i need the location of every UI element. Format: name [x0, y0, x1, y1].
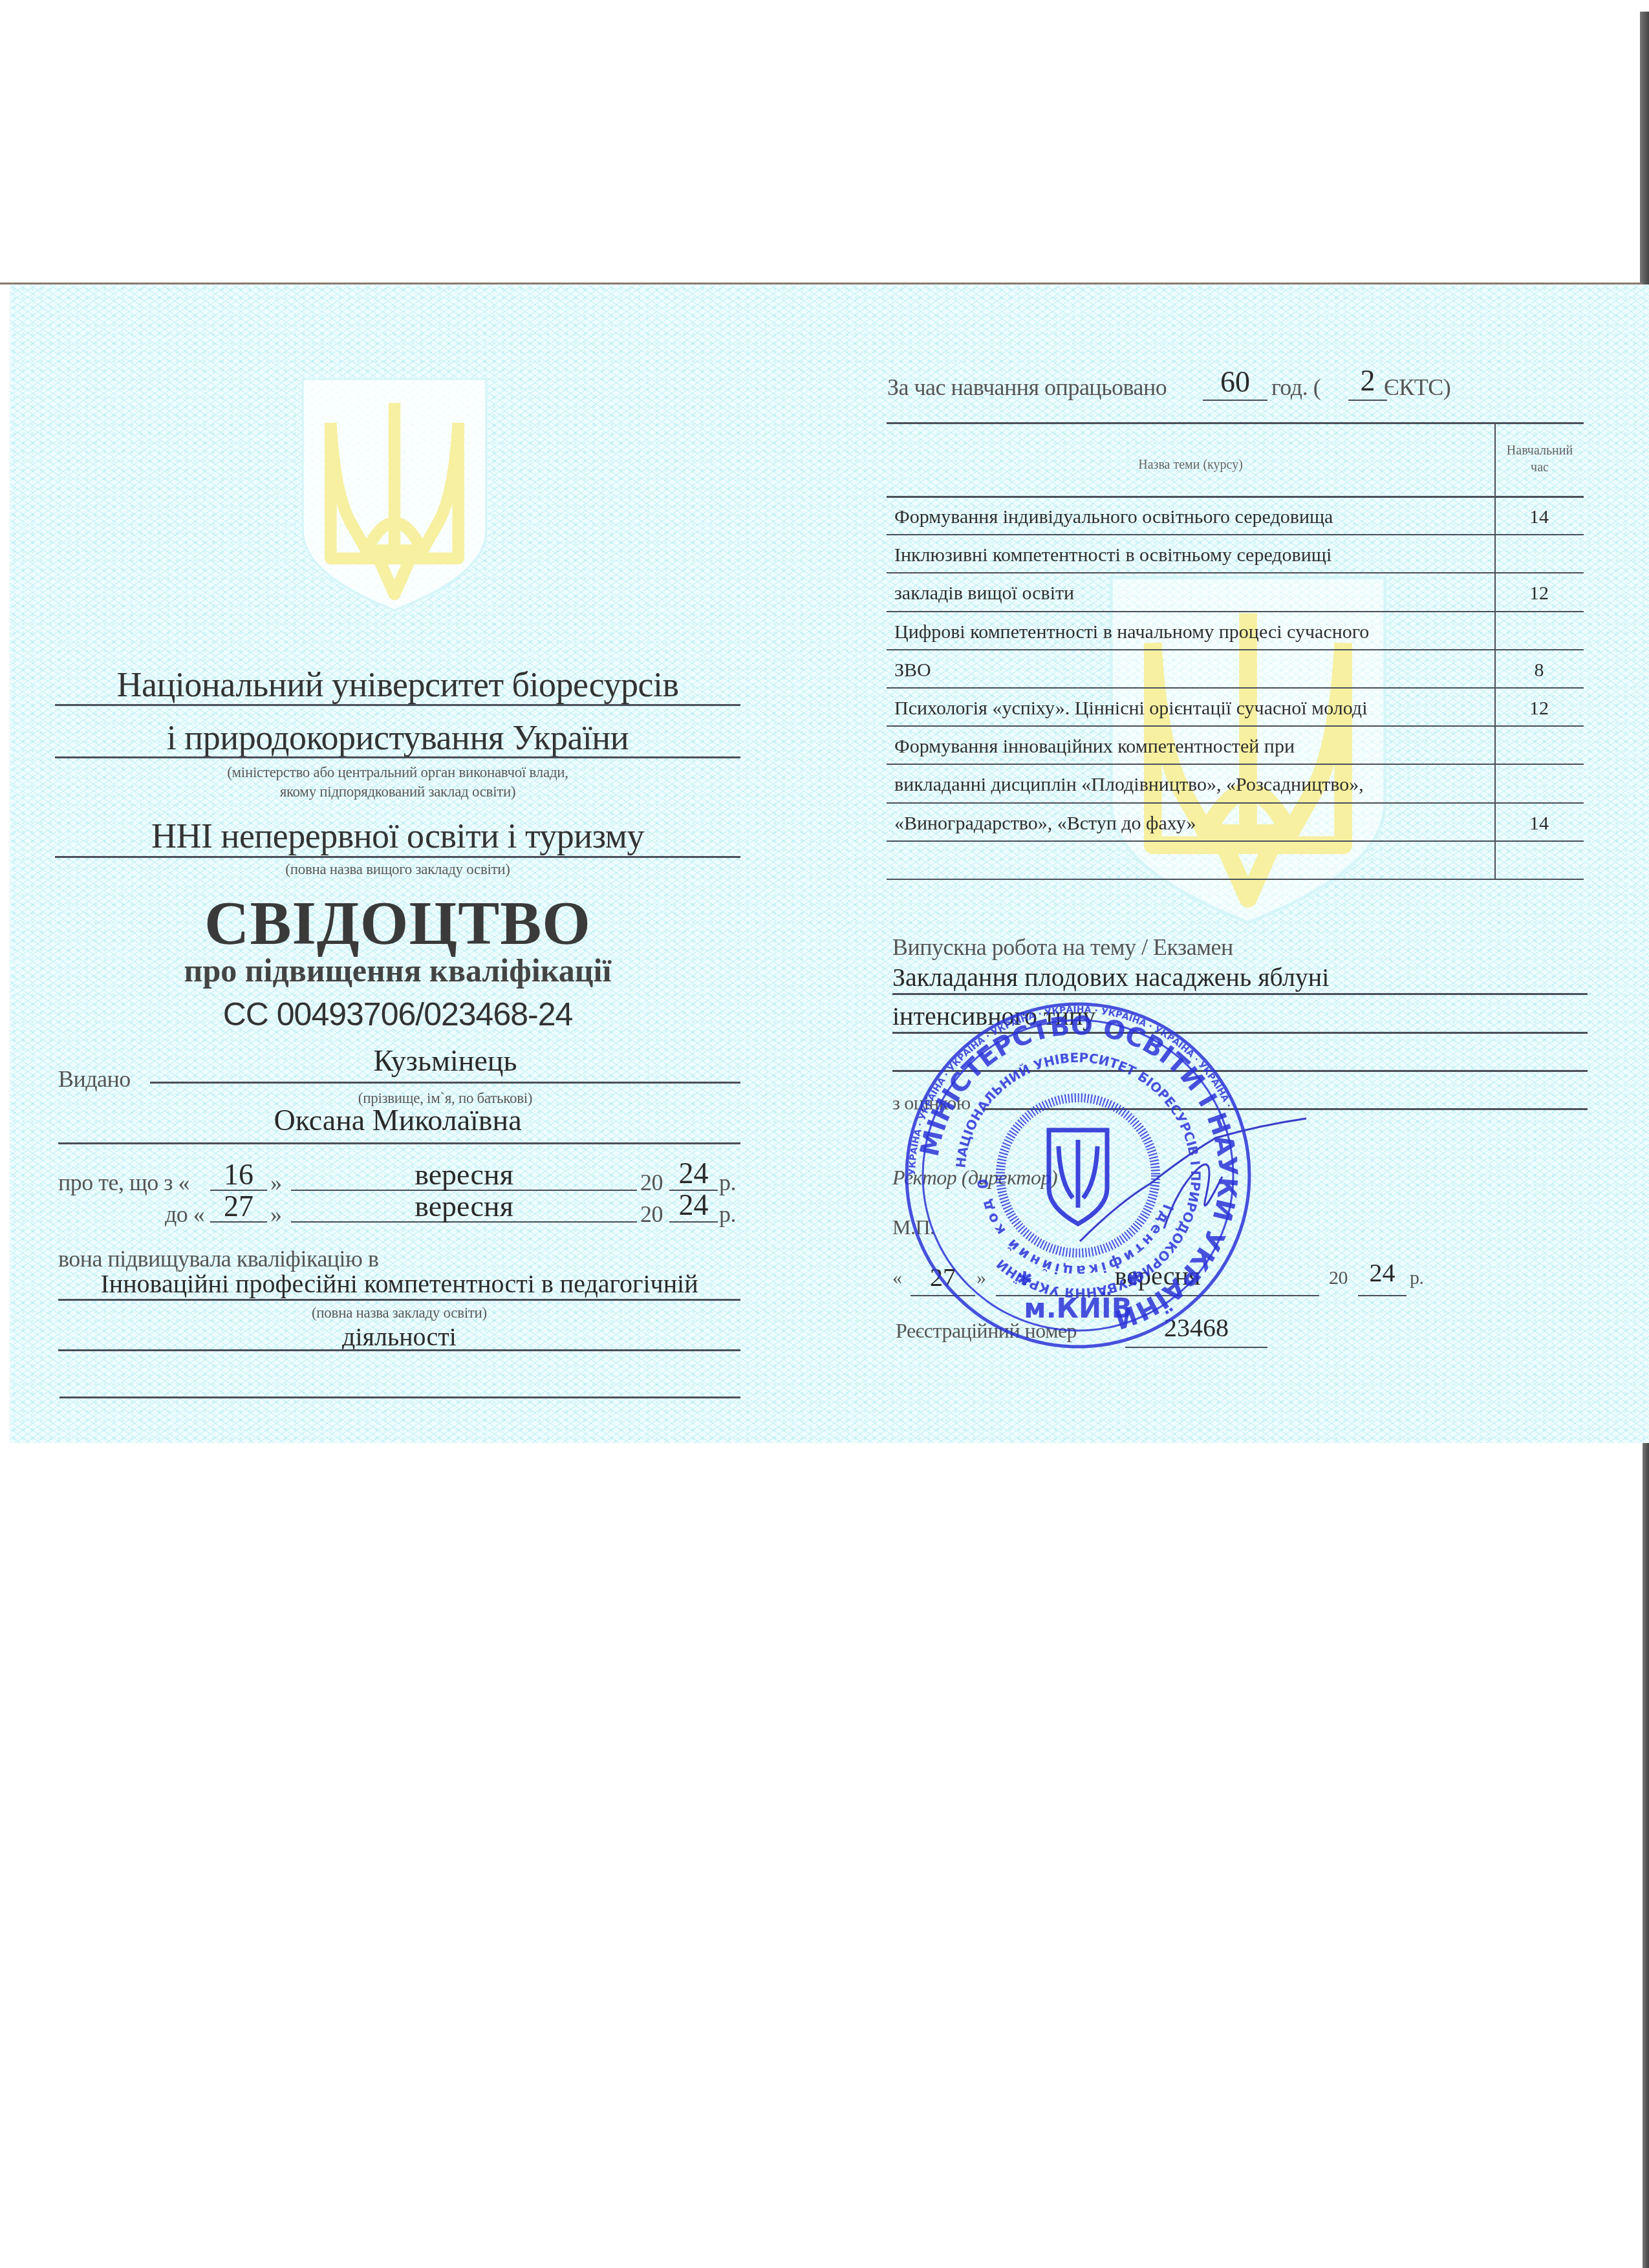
table-row-rule: [887, 649, 1584, 650]
table-row-rule: [887, 802, 1584, 804]
svg-text:✱: ✱: [1126, 1268, 1143, 1290]
trident-watermark-icon: [291, 375, 498, 614]
table-row-hours: 12: [1497, 583, 1581, 604]
period-from-year: 24: [669, 1156, 718, 1190]
issue-date-year: 24: [1358, 1257, 1406, 1288]
scan-edge-shadow: [1640, 12, 1649, 284]
issue-date-year-prefix: 20: [1329, 1267, 1348, 1289]
table-row-topic: викладанні дисциплін «Плодівництво», «Ро…: [894, 774, 1364, 796]
period-from-month: вересня: [291, 1157, 637, 1192]
year-prefix: 20: [640, 1201, 663, 1228]
column-header-topic: Назва теми (курсу): [887, 458, 1494, 473]
rule: [892, 993, 1588, 995]
table-row-hours: 14: [1497, 506, 1581, 528]
quote-close: »: [270, 1169, 282, 1196]
institution-name: ННІ неперервної освіти і туризму: [55, 816, 740, 856]
program-line-2: діяльності: [58, 1321, 740, 1352]
rule: [58, 1299, 740, 1301]
table-row-rule: [887, 840, 1584, 842]
surname: Кузьмінець: [150, 1043, 740, 1078]
period-from-label: про те, що з «: [58, 1169, 189, 1196]
program-line-1: Інноваційні професійні компетентності в …: [58, 1268, 740, 1299]
hours-unit: год. (: [1271, 374, 1320, 401]
seal-city: м.КИЇВ: [1024, 1292, 1132, 1324]
thesis-label: Випускна робота на тему / Екзамен: [892, 934, 1233, 961]
serial-number: СС 00493706/023468-24: [55, 996, 740, 1033]
period-to-month: вересня: [291, 1189, 637, 1223]
table-row-topic: Формування інноваційних компетентностей …: [894, 736, 1295, 758]
table-row-rule: [887, 687, 1584, 689]
rule: [58, 1349, 740, 1351]
year-prefix: 20: [640, 1169, 663, 1196]
rule: [55, 856, 740, 858]
rule: [58, 1142, 740, 1144]
period-from-day: 16: [210, 1157, 267, 1192]
ministry-caption-2: якому підпорядкований заклад освіти): [55, 784, 740, 800]
table-row-rule: [887, 572, 1584, 573]
table-row-topic: «Виноградарство», «Вступ до фаху»: [894, 813, 1196, 835]
document-title: СВІДОЦТВО: [55, 887, 740, 959]
ministry-caption-1: (міністерство або центральний орган вико…: [55, 764, 740, 781]
rule: [1203, 400, 1267, 401]
hours-label: За час навчання опрацьовано: [887, 374, 1167, 401]
table-row-topic: Формування індивідуального освітнього се…: [894, 506, 1333, 528]
table-row-hours: 12: [1497, 698, 1581, 720]
ministry-line-2: і природокористування України: [55, 718, 740, 758]
table-row-rule: [887, 764, 1584, 765]
institution-caption: (повна назва вищого закладу освіти): [55, 861, 740, 878]
table-row-rule: [887, 534, 1584, 535]
rule: [1358, 1295, 1406, 1296]
credits-value: 2: [1348, 363, 1387, 398]
table-top-rule: [887, 422, 1584, 424]
svg-text:✱: ✱: [1017, 1268, 1033, 1290]
document-subtitle: про підвищення кваліфікації: [55, 952, 740, 989]
table-row-hours: 8: [1497, 659, 1581, 681]
period-to-day: 27: [210, 1189, 267, 1223]
given-names: Оксана Миколаївна: [55, 1103, 740, 1137]
program-caption: (повна назва закладу освіти): [58, 1305, 740, 1321]
year-suffix: р.: [719, 1201, 736, 1228]
quote-close: »: [270, 1201, 282, 1228]
table-row-topic: закладів вищої освіти: [894, 583, 1074, 604]
table-row-topic: ЗВО: [894, 659, 931, 681]
period-to-year: 24: [669, 1188, 718, 1222]
sheet-edge: [0, 283, 1643, 284]
table-row-hours: 14: [1497, 813, 1581, 835]
thesis-line-1: Закладання плодових насаджень яблуні: [892, 962, 1329, 992]
table-row-topic: Інклюзивні компетентності в освітньому с…: [894, 544, 1331, 566]
ministry-line-1: Національний університет біоресурсів: [55, 665, 740, 705]
table-row-rule: [887, 879, 1584, 880]
table-row-rule: [887, 725, 1584, 727]
column-divider: [1494, 422, 1496, 879]
signature: [1067, 1099, 1313, 1254]
rule: [55, 704, 740, 706]
rule: [1348, 400, 1387, 401]
issued-label: Видано: [58, 1065, 131, 1093]
year-suffix: р.: [719, 1169, 736, 1196]
scan-edge-shadow: [1643, 1443, 1649, 2268]
column-header-hours: Навчальний: [1496, 444, 1584, 458]
period-to-label: до «: [165, 1201, 204, 1228]
table-header-rule: [887, 496, 1584, 498]
table-row-topic: Психологія «успіху». Ціннісні орієнтації…: [894, 698, 1367, 720]
column-header-hours-2: час: [1496, 460, 1584, 475]
issue-date-open-quote: «: [892, 1267, 902, 1289]
rule: [59, 1396, 740, 1398]
credits-unit: ЄКТС): [1384, 374, 1450, 401]
rule: [150, 1082, 740, 1084]
hours-value: 60: [1203, 365, 1267, 399]
issue-date-year-suffix: р.: [1410, 1267, 1424, 1289]
table-row-topic: Цифрові компетентності в начальному проц…: [894, 621, 1369, 643]
table-row-rule: [887, 611, 1584, 612]
rule: [55, 756, 740, 758]
